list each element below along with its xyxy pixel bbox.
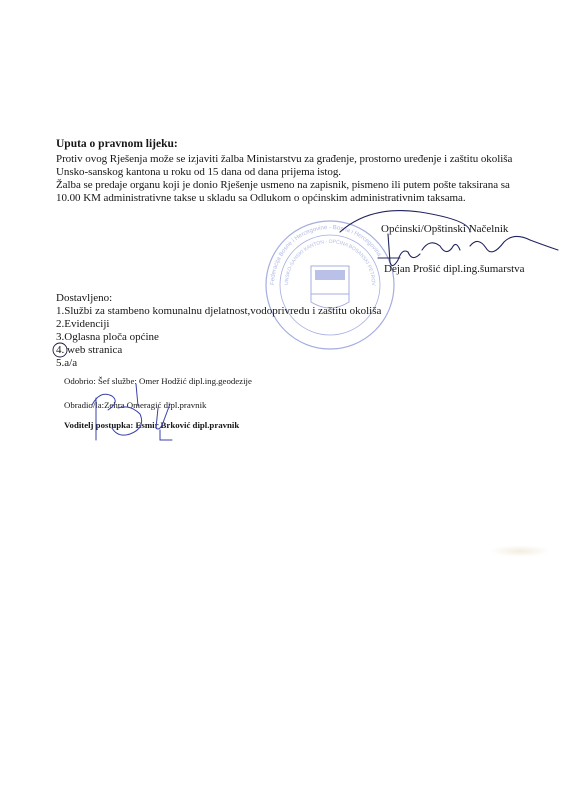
legal-remedy-line: Unsko-sanskog kantona u roku od 15 dana …: [56, 166, 341, 178]
initials-signatures: [0, 0, 562, 792]
signatory-title: Općinski/Opštinski Načelnik: [381, 223, 508, 235]
scan-smudge: [490, 545, 550, 557]
distribution-item: 4. web stranica: [56, 344, 122, 356]
svg-text:Federacija Bosne i Hercegovine: Federacija Bosne i Hercegovine - Bosna i…: [270, 225, 382, 285]
circle-annotation: [0, 0, 562, 792]
distribution-item: 3.Oglasna ploča općine: [56, 331, 159, 343]
mayor-signature: [0, 0, 562, 792]
processed-by: Obradio/la:Zehra Omeragić dipl.pravnik: [64, 400, 206, 410]
document-page: Uputa o pravnom lijeku: Protiv ovog Rješ…: [0, 0, 562, 792]
approved-by: Odobrio: Šef službe: Omer Hodžić dipl.in…: [64, 376, 252, 386]
distribution-item: 2.Evidenciji: [56, 318, 109, 330]
distribution-item: 5.a/a: [56, 357, 77, 369]
procedure-lead: Voditelj postupka: Esmir Brković dipl.pr…: [64, 420, 239, 430]
distribution-label: Dostavljeno:: [56, 292, 112, 304]
legal-remedy-heading: Uputa o pravnom lijeku:: [56, 138, 178, 150]
legal-remedy-line: Žalba se predaje organu koji je donio Rj…: [56, 179, 510, 191]
legal-remedy-line: Protiv ovog Rješenja može se izjaviti ža…: [56, 153, 512, 165]
legal-remedy-line: 10.00 KM administrativne takse u skladu …: [56, 192, 466, 204]
stamp-outer-text: Federacija Bosne i Hercegovine - Bosna i…: [270, 225, 382, 285]
distribution-item: 1.Službi za stambeno komunalnu djelatnos…: [56, 305, 381, 317]
signatory-name: Dejan Prošić dipl.ing.šumarstva: [384, 263, 525, 275]
official-stamp: Federacija Bosne i Hercegovine - Bosna i…: [0, 0, 562, 792]
